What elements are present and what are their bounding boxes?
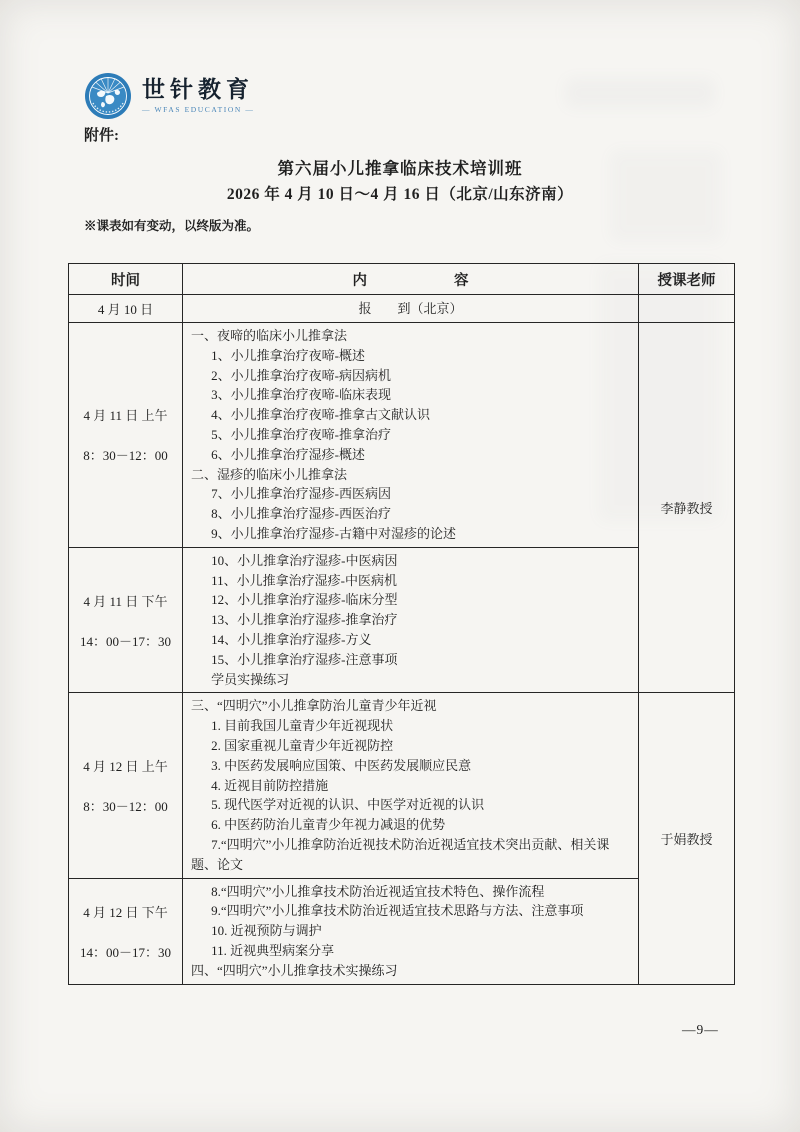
schedule-table-header: 时间内 容授课老师 xyxy=(69,264,735,295)
content-line: 8.“四明穴”小儿推拿技术防治近视适宜技术特色、操作流程 xyxy=(191,882,630,902)
time-line: 4 月 12 日 下午 xyxy=(83,902,168,921)
content-cell: 三、“四明穴”小儿推拿防治儿童青少年近视1. 目前我国儿童青少年近视现状2. 国… xyxy=(183,693,639,878)
logo-en-text: — WFAS EDUCATION — xyxy=(142,105,254,114)
content-line: 7、小儿推拿治疗湿疹-西医病因 xyxy=(191,484,630,504)
content-line: 6. 中医药防治儿童青少年视力减退的优势 xyxy=(191,815,630,835)
table-row: 4 月 11 日 下午14：00－17：3010、小儿推拿治疗湿疹-中医病因11… xyxy=(69,547,735,693)
content-line: 1、小儿推拿治疗夜啼-概述 xyxy=(191,346,630,366)
content-line: 三、“四明穴”小儿推拿防治儿童青少年近视 xyxy=(191,696,630,716)
content-line: 10. 近视预防与调护 xyxy=(191,921,630,941)
page-title: 第六届小儿推拿临床技术培训班 xyxy=(0,155,800,179)
table-row: 4 月 12 日 下午14：00－17：308.“四明穴”小儿推拿技术防治近视适… xyxy=(69,878,735,984)
logo-cn-text: 世针教育 xyxy=(142,78,254,101)
table-row: 4 月 11 日 上午8：30－12：00一、夜啼的临床小儿推拿法1、小儿推拿治… xyxy=(69,323,735,548)
content-line: 11. 近视典型病案分享 xyxy=(191,941,630,961)
content-line: 5. 现代医学对近视的认识、中医学对近视的认识 xyxy=(191,795,630,815)
time-line: 4 月 11 日 上午 xyxy=(83,405,167,424)
content-line: 8、小儿推拿治疗湿疹-西医治疗 xyxy=(191,504,630,524)
wfas-globe-icon xyxy=(84,72,132,120)
table-row: 4 月 10 日报 到（北京） xyxy=(69,295,735,323)
scanned-document-page: 世针教育 — WFAS EDUCATION — 附件: 第六届小儿推拿临床技术培… xyxy=(0,0,800,1132)
content-cell: 报 到（北京） xyxy=(183,295,639,323)
content-line: 7.“四明穴”小儿推拿防治近视技术防治近视适宜技术突出贡献、相关课题、论文 xyxy=(191,835,630,875)
content-line: 3、小儿推拿治疗夜啼-临床表现 xyxy=(191,385,630,405)
content-line: 10、小儿推拿治疗湿疹-中医病因 xyxy=(191,551,630,571)
teacher-cell: 李静教授 xyxy=(639,323,735,693)
logo: 世针教育 — WFAS EDUCATION — xyxy=(84,72,254,120)
content-line: 13、小儿推拿治疗湿疹-推拿治疗 xyxy=(191,610,630,630)
scan-bleedthrough-artifact xyxy=(565,78,715,108)
col-header-2: 授课老师 xyxy=(639,264,735,295)
content-line: 12、小儿推拿治疗湿疹-临床分型 xyxy=(191,590,630,610)
content-line: 2. 国家重视儿童青少年近视防控 xyxy=(191,736,630,756)
schedule-table: 时间内 容授课老师 4 月 10 日报 到（北京）4 月 11 日 上午8：30… xyxy=(68,263,735,985)
time-cell: 4 月 12 日 下午14：00－17：30 xyxy=(69,878,183,984)
content-line: 9、小儿推拿治疗湿疹-古籍中对湿疹的论述 xyxy=(191,524,630,544)
teacher-cell: 于娟教授 xyxy=(639,693,735,984)
page-number: —9— xyxy=(682,1022,719,1038)
teacher-cell xyxy=(639,295,735,323)
content-cell: 10、小儿推拿治疗湿疹-中医病因11、小儿推拿治疗湿疹-中医病机12、小儿推拿治… xyxy=(183,547,639,693)
content-line: 学员实操练习 xyxy=(191,670,630,690)
time-line: 8：30－12：00 xyxy=(83,796,168,815)
content-line: 四、“四明穴”小儿推拿技术实操练习 xyxy=(191,961,630,981)
content-line: 3. 中医药发展响应国策、中医药发展顺应民意 xyxy=(191,756,630,776)
attachment-label: 附件: xyxy=(84,124,119,145)
content-line: 5、小儿推拿治疗夜啼-推拿治疗 xyxy=(191,425,630,445)
time-line: 14：00－17：30 xyxy=(80,631,171,650)
schedule-table-body: 4 月 10 日报 到（北京）4 月 11 日 上午8：30－12：00一、夜啼… xyxy=(69,295,735,985)
table-row: 4 月 12 日 上午8：30－12：00三、“四明穴”小儿推拿防治儿童青少年近… xyxy=(69,693,735,878)
time-line: 14：00－17：30 xyxy=(80,942,171,961)
content-line: 报 到（北京） xyxy=(191,299,630,319)
content-line: 14、小儿推拿治疗湿疹-方义 xyxy=(191,630,630,650)
content-line: 1. 目前我国儿童青少年近视现状 xyxy=(191,716,630,736)
time-line: 8：30－12：00 xyxy=(83,445,168,464)
content-cell: 8.“四明穴”小儿推拿技术防治近视适宜技术特色、操作流程9.“四明穴”小儿推拿技… xyxy=(183,878,639,984)
time-cell: 4 月 11 日 上午8：30－12：00 xyxy=(69,323,183,548)
time-line: 4 月 11 日 下午 xyxy=(83,591,167,610)
content-line: 2、小儿推拿治疗夜啼-病因病机 xyxy=(191,366,630,386)
content-line: 4、小儿推拿治疗夜啼-推拿古文献认识 xyxy=(191,405,630,425)
content-line: 11、小儿推拿治疗湿疹-中医病机 xyxy=(191,571,630,591)
time-line: 4 月 10 日 xyxy=(98,299,153,318)
content-line: 二、湿疹的临床小儿推拿法 xyxy=(191,465,630,485)
content-line: 一、夜啼的临床小儿推拿法 xyxy=(191,326,630,346)
col-header-1: 内 容 xyxy=(183,264,639,295)
content-line: 6、小儿推拿治疗湿疹-概述 xyxy=(191,445,630,465)
logo-text: 世针教育 — WFAS EDUCATION — xyxy=(142,78,254,114)
content-cell: 一、夜啼的临床小儿推拿法1、小儿推拿治疗夜啼-概述2、小儿推拿治疗夜啼-病因病机… xyxy=(183,323,639,548)
content-line: 15、小儿推拿治疗湿疹-注意事项 xyxy=(191,650,630,670)
date-line: 2026 年 4 月 10 日～4 月 16 日（北京/山东济南） xyxy=(0,182,800,204)
schedule-change-note: ※课表如有变动，以终版为准。 xyxy=(84,216,259,234)
content-line: 4. 近视目前防控措施 xyxy=(191,776,630,796)
col-header-0: 时间 xyxy=(69,264,183,295)
time-cell: 4 月 11 日 下午14：00－17：30 xyxy=(69,547,183,693)
content-line: 9.“四明穴”小儿推拿技术防治近视适宜技术思路与方法、注意事项 xyxy=(191,901,630,921)
time-line: 4 月 12 日 上午 xyxy=(83,756,168,775)
time-cell: 4 月 10 日 xyxy=(69,295,183,323)
time-cell: 4 月 12 日 上午8：30－12：00 xyxy=(69,693,183,878)
